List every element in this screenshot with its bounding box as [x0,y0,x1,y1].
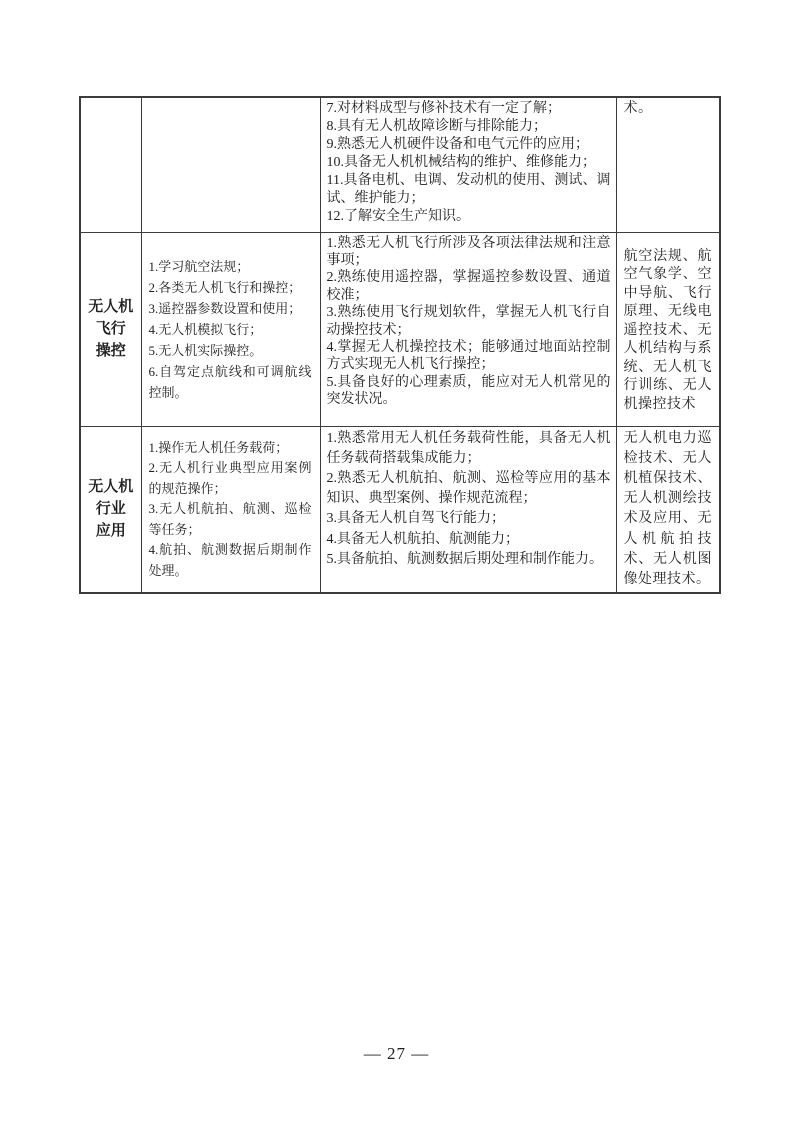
course-text: 术。 [624,100,713,118]
document-page: 7.对材料成型与修补技术有一定了解； 8.具有无人机故障诊断与排除能力； 9.熟… [0,0,793,1122]
list-item: 2.熟练使用遥控器，掌握遥控参数设置、通道校准； [327,269,611,304]
list-item: 2.各类无人机飞行和操控； [149,277,312,298]
list-item: 1.熟悉常用无人机任务载荷性能，具备无人机任务载荷搭载集成能力； [327,429,611,469]
list-item: 3.熟练使用飞行规划软件，掌握无人机飞行自动操控技术； [327,304,611,339]
training-requirements-table: 7.对材料成型与修补技术有一定了解； 8.具有无人机故障诊断与排除能力； 9.熟… [79,96,721,594]
category-line: 无人机 [82,476,140,498]
list-item: 2.无人机行业典型应用案例的规范操作； [149,458,312,499]
list-item: 3.遥控器参数设置和使用； [149,298,312,319]
list-item: 9.熟悉无人机硬件设备和电气元件的应用； [327,136,611,154]
category-line: 应用 [82,520,140,542]
theory-course-cell: 无人机电力巡检技术、无人机植保技术、无人机测绘技术及应用、无人机航拍技术、无人机… [616,426,720,593]
list-item: 2.熟悉无人机航拍、航测、巡检等应用的基本知识、典型案例、操作规范流程； [327,469,611,509]
list-item: 4.具备无人机航拍、航测能力； [327,530,611,550]
training-content-cell: 1.操作无人机任务载荷； 2.无人机行业典型应用案例的规范操作； 3.无人机航拍… [141,426,320,593]
category-line: 无人机 [82,296,140,318]
category-cell: 无人机 飞行 操控 [80,232,141,426]
list-item: 8.具有无人机故障诊断与排除能力； [327,118,611,136]
table-row: 7.对材料成型与修补技术有一定了解； 8.具有无人机故障诊断与排除能力； 9.熟… [80,97,720,232]
list-item: 5.具备航拍、航测数据后期处理和制作能力。 [327,550,611,570]
list-item: 3.无人机航拍、航测、巡检等任务； [149,499,312,540]
list-item: 4.航拍、航测数据后期制作处理。 [149,540,312,581]
category-line: 行业 [82,498,140,520]
list-item: 6.自驾定点航线和可调航线控制。 [149,361,312,403]
list-item: 1.操作无人机任务载荷； [149,438,312,459]
list-item: 7.对材料成型与修补技术有一定了解； [327,100,611,118]
category-line: 操控 [82,340,140,362]
course-text: 航空法规、航空气象学、空中导航、飞行原理、无线电遥控技术、无人机结构与系统、无人… [624,248,713,415]
theory-course-cell: 航空法规、航空气象学、空中导航、飞行原理、无线电遥控技术、无人机结构与系统、无人… [616,232,720,426]
category-line: 飞行 [82,318,140,340]
list-item: 5.无人机实际操控。 [149,340,312,361]
list-item: 5.具备良好的心理素质，能应对无人机常见的突发状况。 [327,374,611,409]
list-item: 11.具备电机、电调、发动机的使用、测试、调试、维护能力； [327,172,611,208]
list-item: 10.具备无人机机械结构的维护、维修能力； [327,154,611,172]
list-item: 3.具备无人机自驾飞行能力； [327,509,611,529]
list-item: 4.无人机模拟飞行； [149,319,312,340]
skill-requirement-cell: 7.对材料成型与修补技术有一定了解； 8.具有无人机故障诊断与排除能力； 9.熟… [320,97,616,232]
category-cell [80,97,141,232]
table-row: 无人机 行业 应用 1.操作无人机任务载荷； 2.无人机行业典型应用案例的规范操… [80,426,720,593]
training-content-cell [141,97,320,232]
list-item: 1.学习航空法规； [149,256,312,277]
list-item: 12.了解安全生产知识。 [327,208,611,226]
course-text: 无人机电力巡检技术、无人机植保技术、无人机测绘技术及应用、无人机航拍技术、无人机… [624,429,713,591]
page-number: — 27 — [0,1044,793,1064]
category-cell: 无人机 行业 应用 [80,426,141,593]
training-content-cell: 1.学习航空法规； 2.各类无人机飞行和操控； 3.遥控器参数设置和使用； 4.… [141,232,320,426]
list-item: 4.掌握无人机操控技术；能够通过地面站控制方式实现无人机飞行操控； [327,339,611,374]
list-item: 1.熟悉无人机飞行所涉及各项法律法规和注意事项； [327,235,611,270]
skill-requirement-cell: 1.熟悉无人机飞行所涉及各项法律法规和注意事项； 2.熟练使用遥控器，掌握遥控参… [320,232,616,426]
theory-course-cell: 术。 [616,97,720,232]
skill-requirement-cell: 1.熟悉常用无人机任务载荷性能，具备无人机任务载荷搭载集成能力； 2.熟悉无人机… [320,426,616,593]
table-row: 无人机 飞行 操控 1.学习航空法规； 2.各类无人机飞行和操控； 3.遥控器参… [80,232,720,426]
